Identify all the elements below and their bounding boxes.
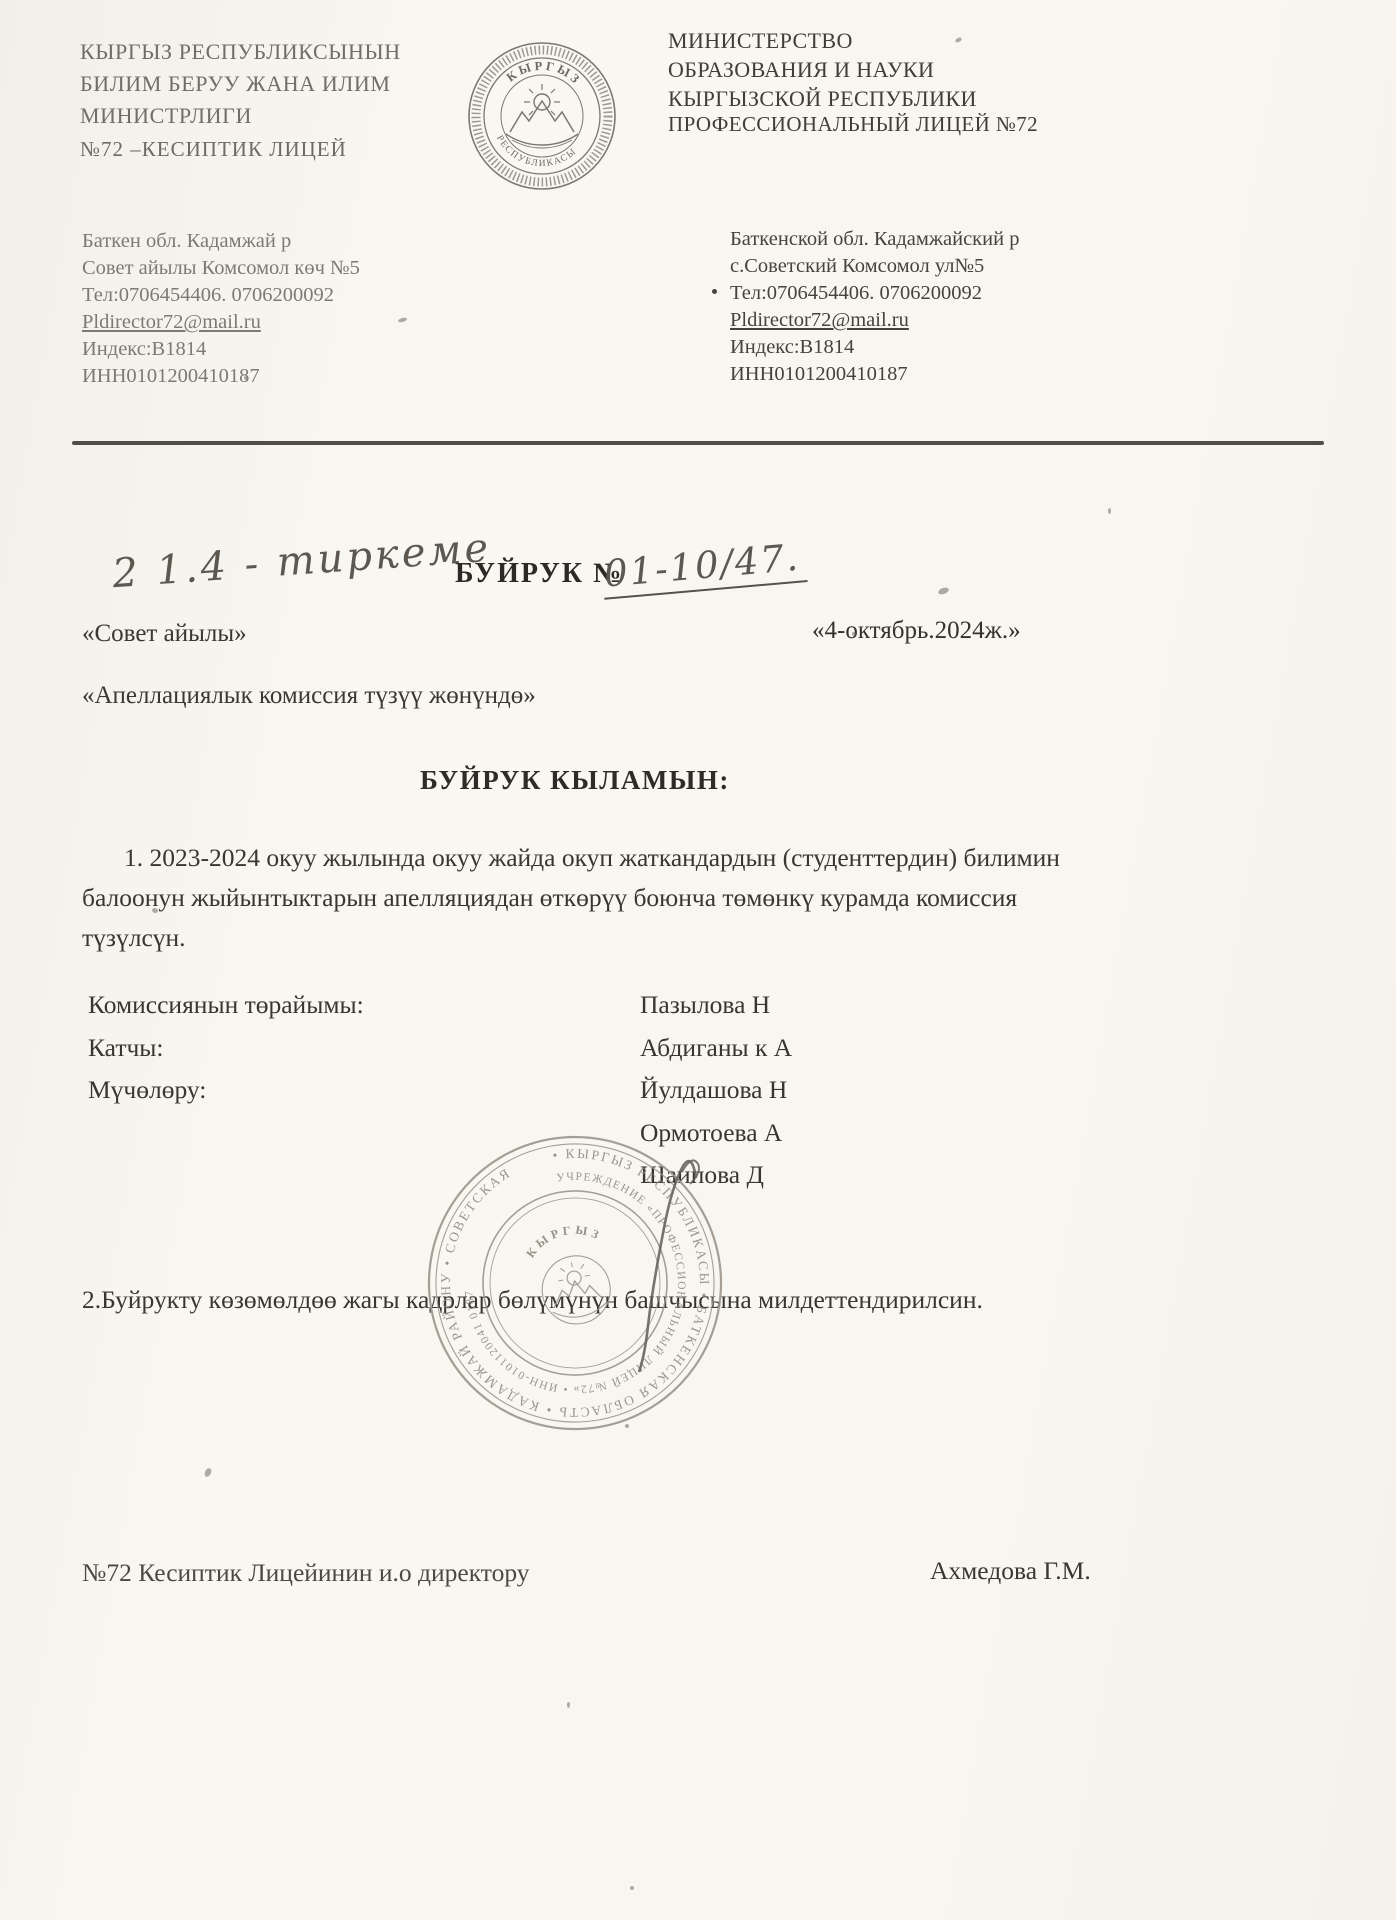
bullet-mark xyxy=(712,289,717,294)
scan-speck xyxy=(852,632,856,636)
contact-block-kyrgyz: Баткен обл. Кадамжай р Совет айылы Комсо… xyxy=(82,228,360,390)
scan-speck xyxy=(567,1702,570,1708)
scan-speck xyxy=(625,1424,629,1428)
commission-row: Ормотоева А xyxy=(88,1118,988,1161)
commission-role: Катчы: xyxy=(88,1033,640,1063)
contact-block-russian: Баткенской обл. Кадамжайский р с.Советск… xyxy=(730,226,1019,388)
order-date: «4-октябрь.2024ж.» xyxy=(812,617,1021,645)
signatory-title: №72 Кесиптик Лицейинин и.о директору xyxy=(82,1558,529,1588)
commission-role: Мүчөлөру: xyxy=(88,1075,640,1105)
address-line: Баткен обл. Кадамжай р xyxy=(82,228,360,255)
handwritten-order-number: 01-10/47. xyxy=(600,535,807,600)
scan-speck xyxy=(203,1467,212,1478)
phone-line: Тел:0706454406. 0706200092 xyxy=(82,282,360,309)
commission-role: Комиссиянын төрайымы: xyxy=(88,990,640,1020)
letterhead-school-russian: ПРОФЕССИОНАЛЬНЫЙ ЛИЦЕЙ №72 xyxy=(668,112,1038,137)
scan-speck xyxy=(244,376,247,380)
phone-line: Тел:0706454406. 0706200092 xyxy=(730,280,1019,307)
commission-list: Комиссиянын төрайымы: Пазылова Н Катчы: … xyxy=(88,990,988,1203)
order-item-1: 1. 2023-2024 окуу жылында окуу жайда оку… xyxy=(82,838,1092,958)
org-line: КЫРГЫЗ РЕСПУБЛИКСЫНЫН xyxy=(80,36,500,68)
divider-line xyxy=(72,441,1324,445)
scan-speck xyxy=(630,1886,634,1890)
svg-text:КЫРГЫЗ: КЫРГЫЗ xyxy=(520,1217,608,1262)
order-number-label: БУЙРУК № xyxy=(455,558,623,590)
svg-text:РЕСПУБЛИКАСЫ: РЕСПУБЛИКАСЫ xyxy=(494,134,579,169)
address-line: Совет айылы Комсомол көч №5 xyxy=(82,255,360,282)
commission-member-name: Абдиганы к А xyxy=(640,1033,988,1063)
org-line: МИНИСТЕРСТВО xyxy=(668,26,1108,55)
order-item-2: 2.Буйрукту көзөмөлдөө жагы кадрлар бөлүм… xyxy=(82,1280,1202,1320)
scan-speck xyxy=(398,317,408,323)
org-line: ОБРАЗОВАНИЯ И НАУКИ xyxy=(668,55,1108,84)
inn-number: ИНН0101200410187 xyxy=(82,363,360,390)
address-line: Баткенской обл. Кадамжайский р xyxy=(730,226,1019,253)
commission-row: Мүчөлөру: Йулдашова Н xyxy=(88,1075,988,1118)
postal-index: Индекс:B1814 xyxy=(82,336,360,363)
letterhead-org-kyrgyz: КЫРГЫЗ РЕСПУБЛИКСЫНЫН БИЛИМ БЕРУУ ЖАНА И… xyxy=(80,36,500,132)
commission-member-name: Пазылова Н xyxy=(640,990,988,1020)
commission-row: Шаипова Д xyxy=(88,1160,988,1203)
order-place: «Совет айылы» xyxy=(82,620,247,648)
commission-member-name: Ормотоева А xyxy=(640,1118,988,1148)
inn-number: ИНН0101200410187 xyxy=(730,361,1019,388)
letterhead-org-russian: МИНИСТЕРСТВО ОБРАЗОВАНИЯ И НАУКИ КЫРГЫЗС… xyxy=(668,26,1108,113)
commission-member-name: Йулдашова Н xyxy=(640,1075,988,1105)
commission-row: Комиссиянын төрайымы: Пазылова Н xyxy=(88,990,988,1033)
commission-member-name: Шаипова Д xyxy=(640,1160,988,1190)
email-link: Pldirector72@mail.ru xyxy=(82,309,360,336)
postal-index: Индекс:В1814 xyxy=(730,334,1019,361)
scan-speck xyxy=(1108,508,1111,514)
org-line: МИНИСТРЛИГИ xyxy=(80,100,500,132)
decree-heading: БУЙРУК КЫЛАМЫН: xyxy=(420,765,730,796)
order-subject: «Апеллациялык комиссия түзүү жөнүндө» xyxy=(82,682,536,710)
email-link: Pldirector72@mail.ru xyxy=(730,307,1019,334)
commission-row: Катчы: Абдиганы к А xyxy=(88,1033,988,1076)
signatory-name: Ахмедова Г.М. xyxy=(930,1556,1091,1586)
scan-speck xyxy=(937,586,949,595)
org-line: БИЛИМ БЕРУУ ЖАНА ИЛИМ xyxy=(80,68,500,100)
handwritten-registry-note: 2 1.4 - тиркеме xyxy=(111,525,493,597)
org-line: КЫРГЫЗСКОЙ РЕСПУБЛИКИ xyxy=(668,84,1108,113)
scanned-order-document: КЫРГЫЗ РЕСПУБЛИКСЫНЫН БИЛИМ БЕРУУ ЖАНА И… xyxy=(0,0,1396,1920)
address-line: с.Советский Комсомол ул№5 xyxy=(730,253,1019,280)
letterhead-school-kyrgyz: №72 –КЕСИПТИК ЛИЦЕЙ xyxy=(80,137,347,162)
state-emblem-icon: КЫРГЫЗ РЕСПУБЛИКАСЫ xyxy=(466,40,618,192)
svg-text:КЫРГЫЗ: КЫРГЫЗ xyxy=(504,59,584,88)
